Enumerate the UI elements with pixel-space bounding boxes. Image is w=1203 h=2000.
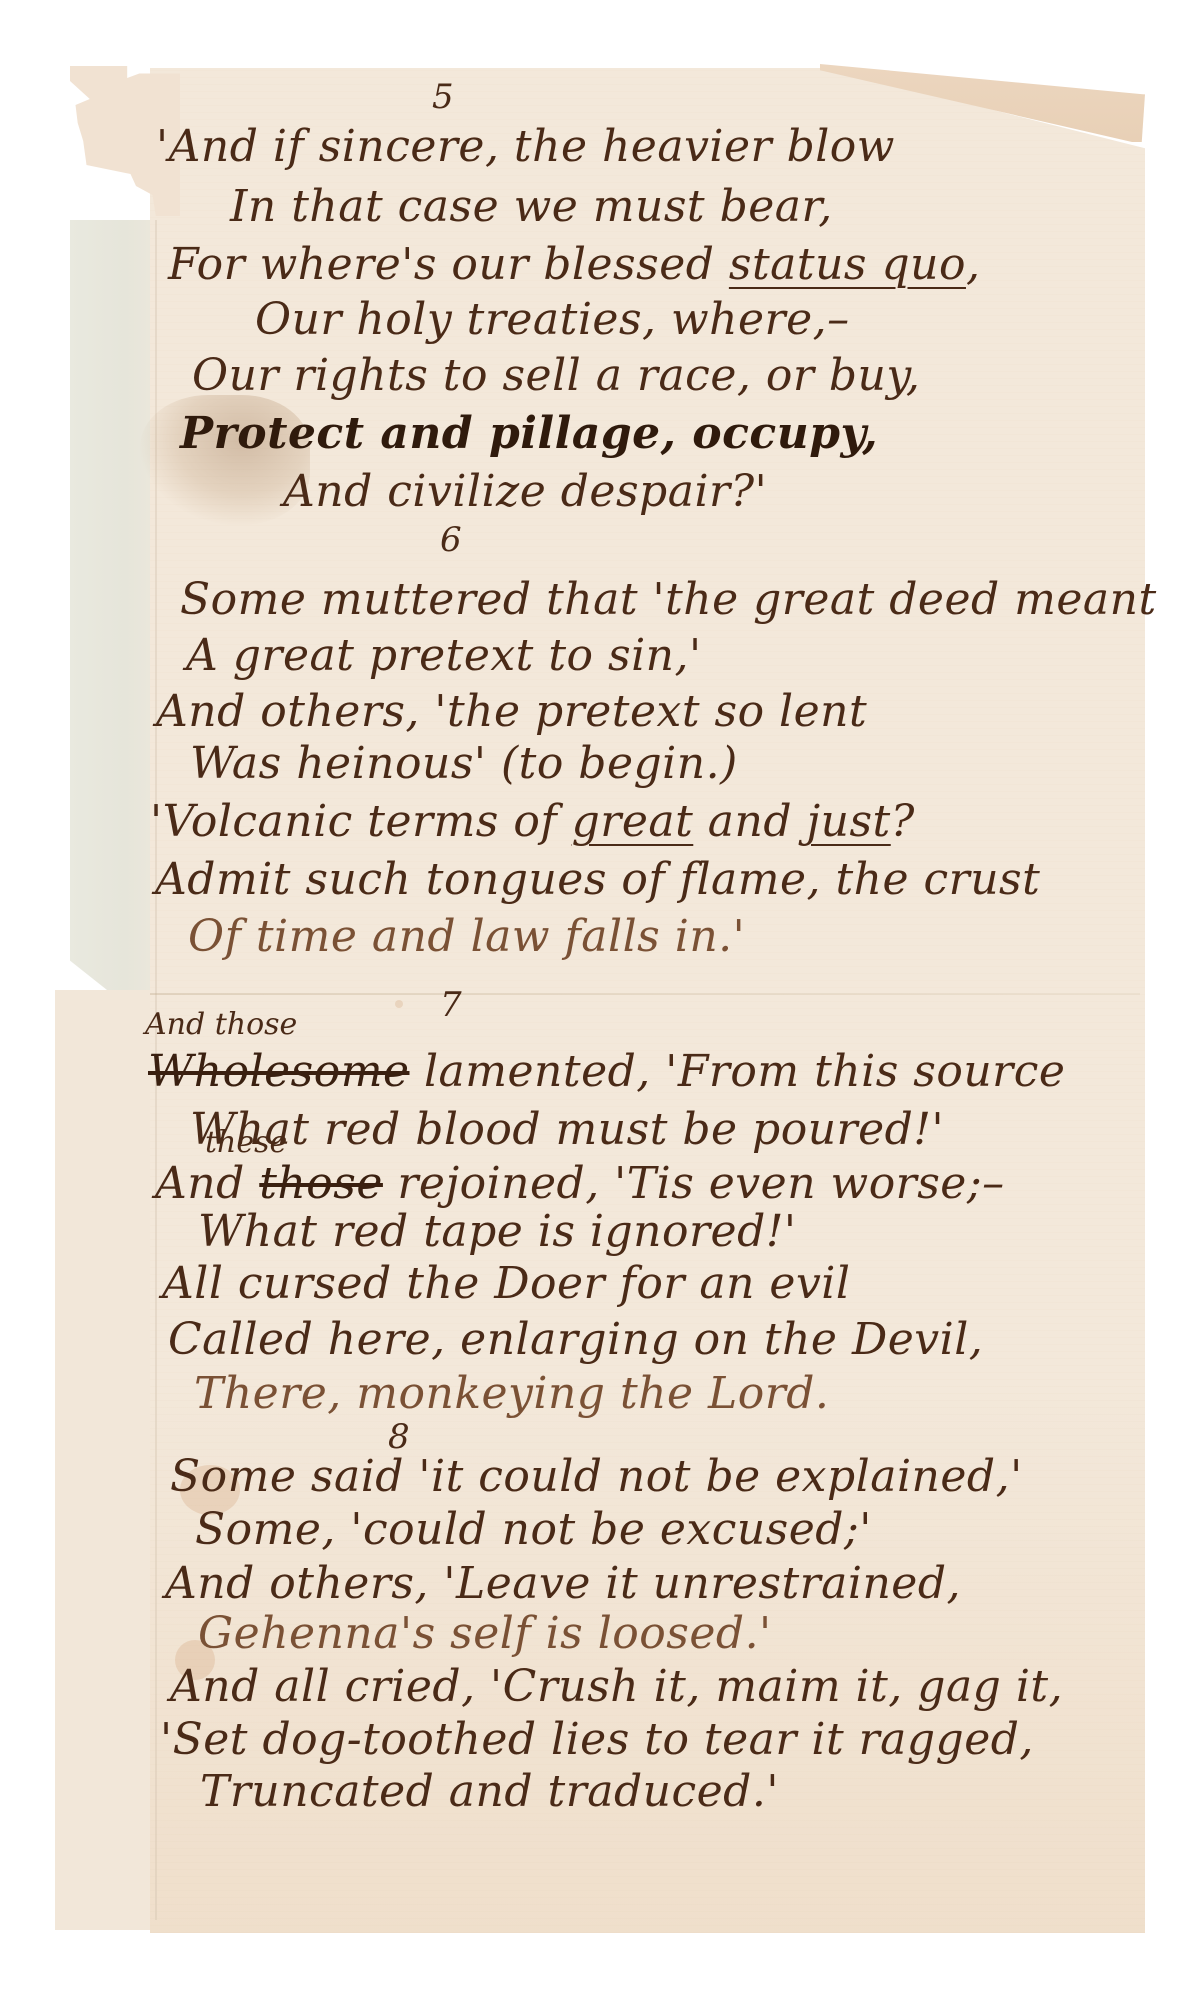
foxing-spot (395, 1000, 403, 1008)
verse-text: ? (891, 796, 915, 847)
verse-line: And others, 'Leave it unrestrained, (165, 1562, 961, 1606)
verse-line: 'And if sincere, the heavier blow (156, 125, 895, 169)
horizontal-fold-line (150, 993, 1140, 995)
verse-line: What red blood must be poured!' (190, 1108, 944, 1152)
stanza-number: 8 (388, 1420, 410, 1454)
verse-line: There, monkeying the Lord. (194, 1372, 829, 1416)
verse-text: rejoined, 'Tis even worse;– (383, 1158, 1005, 1209)
paper-left-margin (55, 990, 155, 1930)
verse-line: Wholesome lamented, 'From this source (148, 1050, 1065, 1094)
verse-line: Admit such tongues of flame, the crust (155, 858, 1040, 902)
underlined-text: great (572, 796, 694, 847)
verse-line: In that case we must bear, (230, 185, 833, 229)
verse-text: and (693, 796, 806, 847)
verse-text: And (155, 1158, 259, 1209)
verse-text: For where's our blessed (168, 239, 729, 290)
stanza-number: 7 (440, 988, 462, 1022)
verse-line: Some muttered that 'the great deed meant (180, 578, 1157, 622)
verse-line: What red tape is ignored!' (198, 1210, 797, 1254)
verse-line: Some, 'could not be excused;' (195, 1508, 872, 1552)
verse-text: lamented, 'From this source (410, 1046, 1066, 1097)
verse-line: A great pretext to sin,' (186, 634, 702, 678)
verse-line: 'Set dog-toothed lies to tear it ragged, (160, 1718, 1034, 1762)
verse-line: And others, 'the pretext so lent (156, 690, 867, 734)
underlined-text: just (807, 796, 891, 847)
verse-line: 'Volcanic terms of great and just? (150, 800, 915, 844)
manuscript-photo: 5 'And if sincere, the heavier blow In t… (0, 0, 1203, 2000)
stanza-number: 6 (440, 523, 462, 557)
stanza-number: 5 (432, 80, 454, 114)
underlined-text: status quo (729, 239, 966, 290)
verse-line: Was heinous' (to begin.) (190, 742, 738, 786)
verse-line: And all cried, 'Crush it, maim it, gag i… (170, 1665, 1063, 1709)
verse-line: And civilize despair?' (283, 470, 767, 514)
backing-paper-strip (70, 220, 162, 1025)
verse-line: For where's our blessed status quo, (168, 243, 980, 287)
verse-line: Our rights to sell a race, or buy, (192, 354, 920, 398)
verse-text: , (966, 239, 981, 290)
struck-text: those (259, 1158, 383, 1209)
verse-line: Protect and pillage, occupy, (180, 412, 878, 456)
verse-line: Truncated and traduced.' (200, 1770, 779, 1814)
verse-line: Of time and law falls in.' (188, 915, 745, 959)
inserted-correction: these (205, 1128, 287, 1158)
verse-text: 'Volcanic terms of (150, 796, 572, 847)
verse-line: Called here, enlarging on the Devil, (168, 1318, 983, 1362)
inserted-correction: And those (145, 1010, 297, 1040)
verse-line: Our holy treaties, where,– (255, 298, 850, 342)
struck-text: Wholesome (148, 1046, 410, 1097)
verse-line: And those rejoined, 'Tis even worse;– (155, 1162, 1005, 1206)
verse-line: Some said 'it could not be explained,' (170, 1455, 1023, 1499)
verse-line: All cursed the Doer for an evil (162, 1262, 850, 1306)
verse-line: Gehenna's self is loosed.' (198, 1612, 772, 1656)
